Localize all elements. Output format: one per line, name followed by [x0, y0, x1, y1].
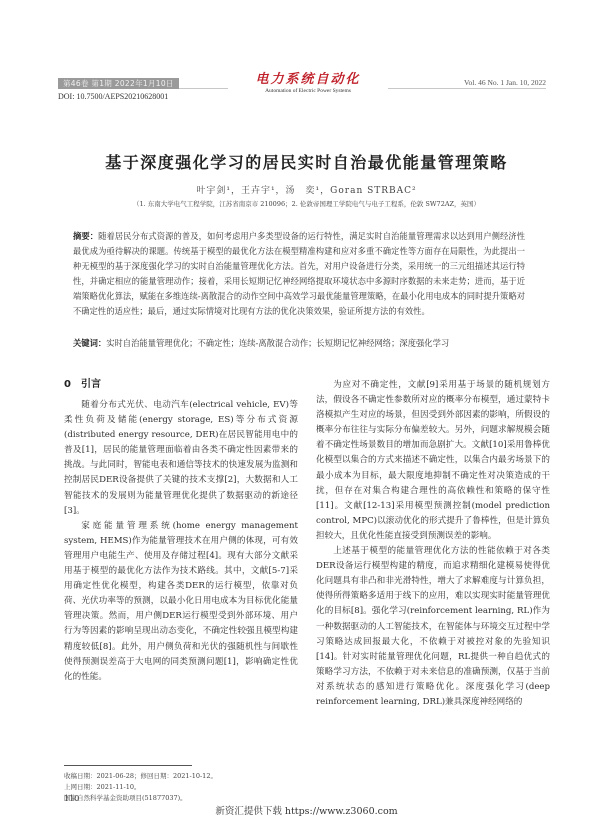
paragraph: 为应对不确定性，文献[9]采用基于场景的随机规划方法，假设各不确定性参数所对应的… — [316, 378, 550, 544]
doi: DOI: 10.7500/AEPS20210628001 — [58, 92, 168, 101]
abstract-text: 随着居民分布式资源的普及，如何考虑用户多类型设备的运行特性，满足实时自治能量管理… — [73, 231, 525, 316]
abstract: 摘要：随着居民分布式资源的普及，如何考虑用户多类型设备的运行特性，满足实时自治能… — [73, 229, 525, 319]
authors: 叶宇剑¹，王卉宇¹，汤 奕¹，Goran STRBAC² — [0, 183, 613, 196]
section-title: 引言 — [81, 379, 101, 390]
journal-logo: 电力系统自动化 Automation of Electric Power Sys… — [228, 73, 388, 95]
affiliations: （1. 东南大学电气工程学院，江苏省南京市 210096；2. 伦敦帝国理工学院… — [0, 199, 613, 208]
keywords-text: 实时自治能量管理优化；不确定性；连续-离散混合动作；长短期记忆神经网络；深度强化… — [106, 338, 449, 348]
body-column-left: 0引言 随着分布式光伏、电动汽车(electrical vehicle, EV)… — [64, 378, 298, 685]
paragraph: 上述基于模型的能量管理优化方法的性能依赖于对各类DER设备运行模型构建的精度，而… — [316, 544, 550, 710]
body-column-right: 为应对不确定性，文献[9]采用基于场景的随机规划方法，假设各不确定性参数所对应的… — [316, 378, 550, 710]
volume-info: Vol. 46 No. 1 Jan. 10, 2022 — [460, 78, 546, 87]
journal-header: 第46卷 第1期 2022年1月10日 DOI: 10.7500/AEPS202… — [58, 78, 546, 108]
paragraph: 随着分布式光伏、电动汽车(electrical vehicle, EV)等柔性负… — [64, 398, 298, 519]
watermark: 新资汇提供下载 https://www.z3060.com — [0, 803, 613, 817]
section-heading: 0引言 — [64, 378, 298, 392]
section-number: 0 — [64, 379, 71, 390]
issue-badge: 第46卷 第1期 2022年1月10日 — [58, 78, 179, 89]
abstract-label: 摘要： — [73, 231, 98, 241]
keywords: 关键词：实时自治能量管理优化；不确定性；连续-离散混合动作；长短期记忆神经网络；… — [73, 336, 525, 351]
page-number: 110 — [64, 794, 79, 803]
online-date: 上网日期：2021-11-10。 — [64, 782, 304, 793]
footnotes: 收稿日期：2021-06-28；修回日期：2021-10-12。 上网日期：20… — [64, 771, 304, 804]
paper-title: 基于深度强化学习的居民实时自治最优能量管理策略 — [0, 150, 613, 173]
keywords-label: 关键词： — [73, 338, 106, 348]
received-date: 收稿日期：2021-06-28；修回日期：2021-10-12。 — [64, 771, 304, 782]
paragraph: 家庭能量管理系统(home energy management system, … — [64, 519, 298, 685]
footnote-rule — [64, 765, 192, 766]
journal-name-en: Automation of Electric Power Systems — [228, 87, 388, 95]
journal-name-cn: 电力系统自动化 — [228, 73, 388, 87]
